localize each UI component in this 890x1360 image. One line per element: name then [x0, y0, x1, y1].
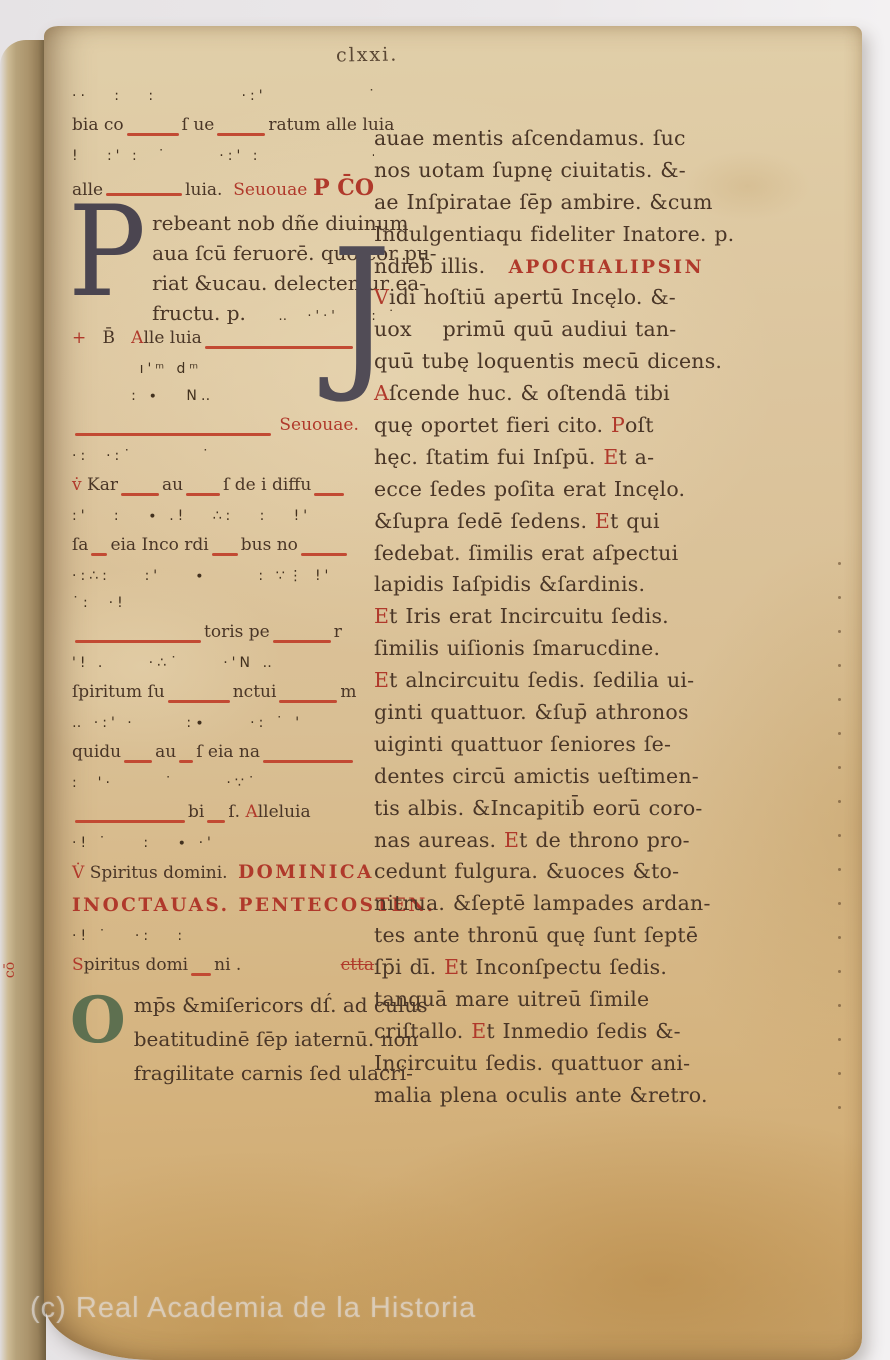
prayer-paragraph: Prebeant nob dñe diuinumaua ſcū feruorē.…	[72, 208, 374, 328]
text-segment: APOCHALIPSIN	[509, 257, 704, 278]
text-line: tes ante thronū quę ſunt ſeptē	[374, 923, 704, 955]
text-line: cedunt fulgura. &uoces &to-	[374, 859, 704, 891]
text-segment: ſ de i diffu	[223, 475, 311, 495]
text-segment: E	[504, 828, 519, 852]
text-segment: malia plena oculis ante &retro.	[374, 1083, 708, 1107]
chant-line: ſpiritum ſunctuim	[72, 682, 374, 715]
text-segment: oſt	[625, 413, 654, 437]
text-segment: ctta	[341, 955, 374, 975]
text-line: &ſupra ſedē ſedens. Et qui	[374, 509, 704, 541]
text-segment: t de throno pro-	[519, 828, 690, 852]
text-segment: E	[471, 1019, 486, 1043]
text-segment: P	[611, 413, 625, 437]
red-extension-line	[75, 820, 185, 823]
text-segment: lleluia	[258, 802, 311, 822]
pricking-hole	[838, 936, 841, 939]
red-extension-line	[301, 553, 347, 556]
pricking-hole	[838, 596, 841, 599]
text-line: nitrua. &ſeptē lampades ardan-	[374, 891, 704, 923]
parchment-page: clxxi. ·· : : ·:' ˙ ·' ·' ˙:bia coſ uera…	[44, 26, 862, 1360]
text-line: ginti quattuor. &ſup̄ athronos	[374, 700, 704, 732]
text-segment: ſimilis uiſionis ſmarucdine.	[374, 636, 660, 660]
neume-row: : ∙ N‥	[72, 388, 374, 415]
text-segment: ſpiritum ſu	[72, 682, 165, 702]
neume-row: '! . ·∴˙ ·'N ‥	[72, 655, 374, 682]
text-segment: quū tubę loquentis mecū dicens.	[374, 349, 722, 373]
chant-line: bia coſ ueratum alle luia	[72, 115, 374, 148]
text-line: dentes circū amictis ueſtimen-	[374, 764, 704, 796]
text-segment: dentes circū amictis ueſtimen-	[374, 764, 699, 788]
text-segment: nas aureas.	[374, 828, 504, 852]
red-extension-line	[91, 553, 107, 556]
text-segment: E	[444, 955, 459, 979]
drop-initial: O	[70, 992, 126, 1090]
text-segment: auae mentis aſcendamus. ſuc	[374, 126, 686, 150]
text-segment: toris pe	[204, 622, 270, 642]
manuscript-photo: cō clxxi. ·· : : ·:' ˙ ·' ·' ˙:bia coſ u…	[0, 0, 890, 1360]
text-segment: V̇	[72, 863, 90, 883]
text-segment: E	[595, 509, 610, 533]
text-segment: quidu	[72, 742, 121, 762]
text-segment: tanquā mare uitreū ſimile	[374, 987, 649, 1011]
text-segment: bi	[188, 802, 204, 822]
red-extension-line	[121, 493, 159, 496]
pricking-hole	[838, 868, 841, 871]
chant-line: ſaeia Inco rdibus no	[72, 535, 374, 568]
text-segment: ſ.	[228, 802, 245, 822]
text-line: quę oportet fieri cito. Poſt	[374, 413, 704, 445]
text-segment: P C̄O	[313, 175, 374, 201]
chant-line: quiduauſ eia na	[72, 742, 374, 775]
red-extension-line	[212, 553, 238, 556]
text-segment: A	[245, 802, 257, 822]
text-segment: S	[72, 955, 84, 975]
pricking-hole	[838, 1072, 841, 1075]
red-extension-line	[205, 346, 353, 349]
text-segment: v̇	[72, 475, 87, 495]
text-line: uiginti quattuor ſeniores ſe-	[374, 732, 704, 764]
text-segment: ſ eia na	[196, 742, 260, 762]
right-column-lesson: auae mentis aſcendamus. ſucnos uotam ſup…	[374, 126, 704, 1115]
text-segment: r	[334, 622, 342, 642]
neume-row: ˙: ·!	[72, 595, 374, 622]
text-segment: t Iris erat Incircuitu ſedis.	[389, 604, 669, 628]
text-segment: ſa	[72, 535, 88, 555]
text-line: malia plena oculis ante &retro.	[374, 1083, 704, 1115]
text-segment: luia.	[185, 180, 228, 200]
left-column-chant: ·· : : ·:' ˙ ·' ·' ˙:bia coſ ueratum all…	[72, 88, 374, 1090]
text-segment: hęc. ſtatim fui Inſpū.	[374, 445, 603, 469]
neume-row: :' : ∙ .! ∴: : !'	[72, 508, 374, 535]
text-segment: au	[162, 475, 183, 495]
text-segment: tes ante thronū quę ſunt ſeptē	[374, 923, 698, 947]
text-segment: ſp̄i dī.	[374, 955, 444, 979]
copyright-watermark: (c) Real Academia de la Historia	[30, 1292, 476, 1325]
red-extension-line	[263, 760, 353, 763]
red-extension-line	[279, 700, 337, 703]
text-segment: ſcende huc. & oſtendā tibi	[389, 381, 670, 405]
text-line: Indulgentiaqu fideliter Inatore. p.	[374, 222, 704, 254]
text-line: nos uotam ſupnę ciuitatis. &-	[374, 158, 704, 190]
chant-line: V̇ Spiritus domini. DOMINICA	[72, 862, 374, 895]
pricking-hole	[838, 800, 841, 803]
text-segment: nctui	[233, 682, 277, 702]
text-segment: t Inconſpectu ſedis.	[459, 955, 667, 979]
pricking-hole	[838, 562, 841, 565]
text-line: ſp̄i dī. Et Inconſpectu ſedis.	[374, 955, 704, 987]
text-line: ſimilis uiſionis ſmarucdine.	[374, 636, 704, 668]
text-segment: ſ ue	[182, 115, 215, 135]
pricking-hole	[838, 1106, 841, 1109]
initial-I-in-diebus: J	[332, 227, 391, 393]
text-line: Incircuitu ſedis. quattuor ani-	[374, 1051, 704, 1083]
red-extension-line	[191, 973, 211, 976]
text-segment: E	[603, 445, 618, 469]
red-extension-line	[186, 493, 220, 496]
text-segment: ni .	[214, 955, 241, 975]
red-extension-line	[217, 133, 265, 136]
text-segment: piritus domi	[84, 955, 188, 975]
text-segment: m	[340, 682, 356, 702]
text-segment: tis albis. &Incapitib̄ eorū coro-	[374, 796, 703, 820]
neume-row: : '· ˙ ·∵˙	[72, 775, 374, 802]
text-line: ae Inſpiratae ſēp ambire. &cum	[374, 190, 704, 222]
text-line: criſtallo. Et Inmedio ſedis &-	[374, 1019, 704, 1051]
neume-row: ·! ˙ : ∙ ·'	[72, 835, 374, 862]
chant-line: + B̄ Alle luia	[72, 328, 374, 361]
text-line: Et alncircuitu ſedis. ſedilia ui-	[374, 668, 704, 700]
pricking-hole	[838, 902, 841, 905]
drop-initial: P	[68, 201, 146, 333]
text-segment: E	[374, 604, 389, 628]
text-segment: &ſupra ſedē ſedens.	[374, 509, 595, 533]
text-segment: uox primū quū audiui tan-	[374, 317, 676, 341]
red-extension-line	[168, 700, 230, 703]
pricking-hole	[838, 630, 841, 633]
pricking-hole	[838, 664, 841, 667]
text-line: Et Iris erat Incircuitu ſedis.	[374, 604, 704, 636]
red-extension-line	[127, 133, 179, 136]
text-segment: Seuouae.	[274, 415, 359, 435]
neume-row: ! :' : ˙ ·:' : ·˙·˙ ˙ ·	[72, 148, 374, 175]
text-line: ecce ſedes poſita erat Incęlo.	[374, 477, 704, 509]
text-segment: ecce ſedes poſita erat Incęlo.	[374, 477, 685, 501]
text-line: nas aureas. Et de throno pro-	[374, 828, 704, 860]
neume-row: ·· : : ·:' ˙ ·' ·' ˙:	[72, 88, 374, 115]
pricking-hole	[838, 970, 841, 973]
text-segment: Kar	[87, 475, 118, 495]
chant-line: biſ. Alleluia	[72, 802, 374, 835]
neume-row: ·:∴: :' ∙ : ∵⋮ !'	[72, 568, 374, 595]
text-segment: t Inmedio ſedis &-	[486, 1019, 680, 1043]
red-extension-line	[75, 433, 271, 436]
text-line: tanquā mare uitreū ſimile	[374, 987, 704, 1019]
pricking-hole	[838, 732, 841, 735]
neume-row: ·! ˙ ·: :	[72, 928, 374, 955]
chant-line: INOCTAUAS. PENTECOSTEN.	[72, 895, 374, 928]
margin-note: cō	[2, 962, 18, 978]
text-segment: criſtallo.	[374, 1019, 471, 1043]
neume-row: ·: ·:˙ ˙	[72, 448, 374, 475]
pricking-hole	[838, 834, 841, 837]
text-segment: nos uotam ſupnę ciuitatis. &-	[374, 158, 686, 182]
text-segment: lapidis Iaſpidis &ſardinis.	[374, 572, 645, 596]
text-segment: idi hoſtiū apertū Incęlo. &-	[389, 285, 676, 309]
red-extension-line	[179, 760, 193, 763]
text-segment: au	[155, 742, 176, 762]
text-line: auae mentis aſcendamus. ſuc	[374, 126, 704, 158]
red-extension-line	[124, 760, 152, 763]
text-segment: E	[374, 668, 389, 692]
pricking-hole	[838, 1038, 841, 1041]
text-segment: quę oportet fieri cito.	[374, 413, 611, 437]
text-segment: t qui	[610, 509, 660, 533]
text-line: hęc. ſtatim fui Inſpū. Et a-	[374, 445, 704, 477]
text-line: uox primū quū audiui tan-	[374, 317, 704, 349]
text-line: Aſcende huc. & oſtendā tibi	[374, 381, 704, 413]
facing-page-edge	[0, 40, 46, 1360]
text-line: tis albis. &Incapitib̄ eorū coro-	[374, 796, 704, 828]
text-line: Vidi hoſtiū apertū Incęlo. &-	[374, 285, 704, 317]
text-segment: Spiritus domini.	[90, 863, 233, 883]
pricking-hole	[838, 766, 841, 769]
chant-line: toris per	[72, 622, 374, 655]
neume-row: ‥ ·:' · :∙ ·: ˙ '	[72, 715, 374, 742]
prayer-paragraph: Omp̄s &miſericors dſ́. ad culusbeatitudi…	[72, 988, 374, 1090]
red-extension-line	[207, 820, 225, 823]
text-line: ndieb̄ illis.APOCHALIPSIN	[374, 254, 704, 286]
neume-row: ı'ᵐ dᵐ	[72, 361, 374, 388]
chant-line: Seuouae.	[72, 415, 374, 448]
folio-number: clxxi.	[336, 43, 399, 66]
text-segment: uiginti quattuor ſeniores ſe-	[374, 732, 671, 756]
text-segment: bus no	[241, 535, 298, 555]
text-line: lapidis Iaſpidis &ſardinis.	[374, 572, 704, 604]
text-segment: ginti quattuor. &ſup̄ athronos	[374, 700, 689, 724]
text-segment: Indulgentiaqu fideliter Inatore. p.	[374, 222, 734, 246]
text-segment: DOMINICA	[238, 862, 374, 883]
text-segment: lle luia	[143, 328, 201, 348]
text-segment: bia co	[72, 115, 124, 135]
text-segment: t alncircuitu ſedis. ſedilia ui-	[389, 668, 694, 692]
red-extension-line	[273, 640, 331, 643]
chant-line: v̇ Karauſ de i diffu	[72, 475, 374, 508]
text-segment: t a-	[619, 445, 655, 469]
text-segment: Incircuitu ſedis. quattuor ani-	[374, 1051, 690, 1075]
text-segment: fructu. p.	[152, 298, 246, 328]
text-segment: eia Inco rdi	[110, 535, 208, 555]
text-line: ſedebat. ſimilis erat aſpectui	[374, 541, 704, 573]
text-segment: ſedebat. ſimilis erat aſpectui	[374, 541, 678, 565]
text-segment: Seuouae	[228, 180, 313, 200]
red-extension-line	[314, 493, 344, 496]
text-line: quū tubę loquentis mecū dicens.	[374, 349, 704, 381]
text-segment: nitrua. &ſeptē lampades ardan-	[374, 891, 711, 915]
red-extension-line	[75, 640, 201, 643]
text-segment: ae Inſpiratae ſēp ambire. &cum	[374, 190, 713, 214]
pricking-hole	[838, 698, 841, 701]
text-segment: fragilitate carnis ſed ulacri-	[134, 1056, 413, 1090]
text-segment: cedunt fulgura. &uoces &to-	[374, 859, 679, 883]
pricking-hole	[838, 1004, 841, 1007]
